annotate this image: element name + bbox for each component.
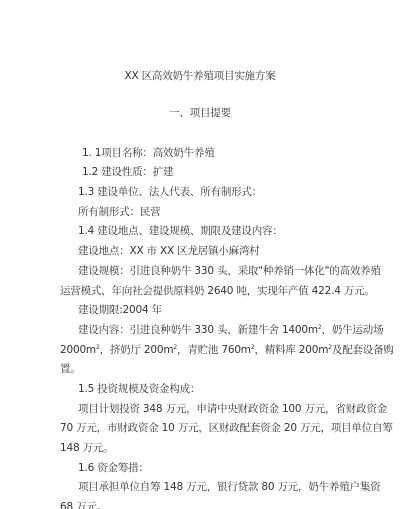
content-text: 建设内容：引进良种奶牛 330 头，新建牛舍 1400m xyxy=(78,324,318,336)
funding-line-2: 68 万元。 xyxy=(60,500,107,509)
construction-content-line-2: 2000m2，挤奶厅 200m2，青贮池 760m2，精料库 200m2及配套设… xyxy=(60,343,394,357)
superscript: 2 xyxy=(328,344,332,351)
construction-content-line-1: 建设内容：引进良种奶牛 330 头，新建牛舍 1400m2，奶牛运动场 xyxy=(78,323,383,337)
document-page: XX 区高效奶牛养殖项目实施方案 一、项目提要 1. 1项目名称：高效奶牛养殖 … xyxy=(0,0,400,509)
construction-scale-line-1: 建设规模：引进良种奶牛 330 头，采取"种养销一体化"的高效养殖 xyxy=(78,264,381,278)
content-text: 及配套设备购 xyxy=(332,344,394,356)
content-text: ，精料库 200m xyxy=(254,344,328,356)
investment-line-1: 项目计划投资 348 万元，申请中央财政资金 100 万元，省财政资金 xyxy=(78,402,387,416)
section-heading: 一、项目提要 xyxy=(0,106,400,120)
superscript: 2 xyxy=(96,344,100,351)
content-text: 2000m xyxy=(60,344,96,356)
funding-line-1: 项目承担单位自筹 148 万元，银行贷款 80 万元，奶牛养殖户集资 xyxy=(78,480,380,494)
item-1-1-project-name: 1. 1项目名称：高效奶牛养殖 xyxy=(82,146,215,160)
content-text: ，挤奶厅 200m xyxy=(100,344,174,356)
superscript: 2 xyxy=(251,344,255,351)
superscript: 2 xyxy=(173,344,177,351)
construction-period: 建设期限:2004 年 xyxy=(78,303,162,317)
document-title: XX 区高效奶牛养殖项目实施方案 xyxy=(0,69,400,83)
construction-scale-line-2: 运营模式，年向社会提供原料奶 2640 吨，实现年产值 422.4 万元。 xyxy=(60,284,375,298)
item-1-3-construction-unit: 1.3 建设单位、法人代表、所有制形式： xyxy=(78,185,262,199)
content-text: ，奶牛运动场 xyxy=(322,324,384,336)
item-1-4-location-scale: 1.4 建设地点、建设规模、期限及建设内容： xyxy=(78,224,283,238)
investment-line-3: 148 万元。 xyxy=(60,441,113,455)
content-text: ，青贮池 760m xyxy=(177,344,251,356)
superscript: 2 xyxy=(318,324,322,331)
ownership-form: 所有制形式：民营 xyxy=(78,205,160,219)
construction-location: 建设地点：XX 市 XX 区龙居镇小麻湾村 xyxy=(78,244,260,258)
construction-content-line-3: 置。 xyxy=(60,362,81,376)
item-1-6-funding: 1.6 资金筹措： xyxy=(78,461,149,475)
item-1-5-investment-scale: 1.5 投资规模及资金构成： xyxy=(78,382,200,396)
investment-line-2: 70 万元，市财政资金 10 万元，区财政配套资金 20 万元，项目单位自筹 xyxy=(60,421,393,435)
item-1-2-construction-nature: 1.2 建设性质：扩建 xyxy=(82,165,173,179)
